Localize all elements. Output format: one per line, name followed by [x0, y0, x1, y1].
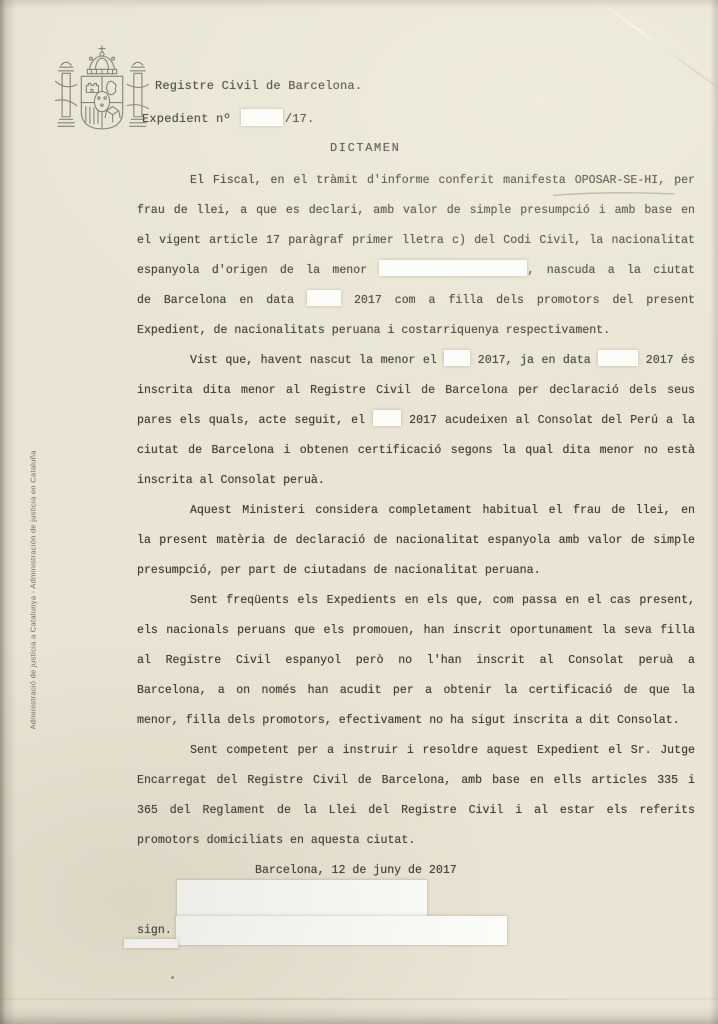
text-segment: Barcelona, a on només han acudit per a o… — [137, 684, 695, 697]
text-segment: ciutat de Barcelona i obtenen certificac… — [137, 444, 695, 457]
document-line: espanyola d'origen de la menor , nascuda… — [137, 256, 695, 286]
text-segment: Expedient, de nacionalitats peruana i co… — [137, 324, 610, 337]
text-segment: 2017 és — [638, 354, 695, 367]
margin-administration-note: Administració de justícia a Catalunya - … — [29, 450, 38, 729]
document-line: Barcelona, a on només han acudit per a o… — [137, 676, 695, 706]
ink-speck — [171, 976, 174, 979]
text-segment: 2017, ja en data — [470, 354, 598, 367]
text-segment: 2017 com a filla dels promotors del pres… — [341, 294, 695, 307]
document-line: Encarregat del Registre Civil de Barcelo… — [137, 766, 695, 796]
redacted-signature-block — [177, 880, 427, 918]
expedient-label: Expedient nº — [142, 112, 231, 126]
text-segment: els nacionals peruans que els promouen, … — [137, 624, 695, 637]
text-segment: inscrita al Consolat peruà. — [137, 474, 325, 487]
text-segment: , nascuda a la ciutat — [527, 264, 695, 277]
text-segment: de Barcelona en data — [137, 294, 307, 307]
text-segment: Sent competent per a instruir i resoldre… — [190, 744, 695, 757]
text-segment: inscrita dita menor al Registre Civil de… — [137, 384, 695, 397]
text-segment: 365 del Reglament de la Llei del Registr… — [137, 804, 695, 817]
paper-crease — [587, 0, 718, 123]
agency-title: Registre Civil de Barcelona. — [155, 79, 362, 93]
document-line: presumpció, per part de ciutadans de nac… — [137, 556, 695, 586]
document-line: El Fiscal, en el tràmit d'informe confer… — [137, 166, 695, 196]
document-line: al Registre Civil espanyol però no l'han… — [137, 646, 695, 676]
paragraphs: El Fiscal, en el tràmit d'informe confer… — [137, 166, 695, 856]
coat-of-arms-icon — [53, 45, 151, 140]
text-segment: menor, filla dels promotors, efectivamen… — [137, 714, 680, 727]
expedient-line: Expedient nº/17. — [142, 109, 314, 126]
text-segment: Aquest Ministeri considera completament … — [190, 504, 695, 517]
document-line: de Barcelona en data 2017 com a filla de… — [137, 286, 695, 316]
document-line: els nacionals peruans que els promouen, … — [137, 616, 695, 646]
document-line: ciutat de Barcelona i obtenen certificac… — [137, 436, 695, 466]
scanned-document-page: Registre Civil de Barcelona. Expedient n… — [0, 0, 718, 1024]
text-segment: presumpció, per part de ciutadans de nac… — [137, 564, 541, 577]
text-segment: 2017 acudeixen al Consolat del Perú a la — [401, 414, 695, 427]
document-line: el vigent article 17 paràgraf primer lle… — [137, 226, 695, 256]
redacted-text — [373, 410, 401, 426]
document-body: El Fiscal, en el tràmit d'informe confer… — [137, 166, 695, 946]
text-segment: el vigent article 17 paràgraf primer lle… — [137, 234, 695, 247]
text-segment: la present matèria de declaració de naci… — [137, 534, 695, 547]
document-line: Expedient, de nacionalitats peruana i co… — [137, 316, 695, 346]
redacted-text — [379, 260, 527, 276]
document-line: frau de llei, a que es declari, amb valo… — [137, 196, 695, 226]
redacted-expedient-number — [241, 109, 283, 126]
text-segment: promotors domiciliats en aquesta ciutat. — [137, 834, 415, 847]
redacted-text — [307, 290, 341, 306]
text-segment: frau de llei, a que es declari, amb valo… — [137, 204, 695, 217]
document-line: inscrita al Consolat peruà. — [137, 466, 695, 496]
document-line: inscrita dita menor al Registre Civil de… — [137, 376, 695, 406]
document-line: Sent freqüents els Expedients en els que… — [137, 586, 695, 616]
text-segment: Vist que, havent nascut la menor el — [190, 354, 444, 367]
text-segment: al Registre Civil espanyol però no l'han… — [137, 654, 695, 667]
redacted-text — [598, 350, 638, 366]
document-line: Vist que, havent nascut la menor el 2017… — [137, 346, 695, 376]
redacted-text — [444, 350, 470, 366]
redacted-signature-fragment — [124, 939, 178, 948]
document-line: pares els quals, acte seguit, el 2017 ac… — [137, 406, 695, 436]
document-title: DICTAMEN — [330, 141, 400, 155]
text-segment: pares els quals, acte seguit, el — [137, 414, 373, 427]
text-segment: El Fiscal, en el tràmit d'informe confer… — [190, 174, 695, 187]
signature-label: sign. — [137, 924, 172, 937]
document-line: Aquest Ministeri considera completament … — [137, 496, 695, 526]
document-line: 365 del Reglament de la Llei del Registr… — [137, 796, 695, 826]
redacted-signature-name — [176, 916, 507, 945]
document-line: promotors domiciliats en aquesta ciutat. — [137, 826, 695, 856]
document-line: menor, filla dels promotors, efectivamen… — [137, 706, 695, 736]
text-segment: Encarregat del Registre Civil de Barcelo… — [137, 774, 695, 787]
document-line: la present matèria de declaració de naci… — [137, 526, 695, 556]
expedient-suffix: /17. — [285, 112, 315, 126]
paper-crease-bottom — [0, 998, 718, 1000]
text-segment: Sent freqüents els Expedients en els que… — [190, 594, 695, 607]
document-line: Sent competent per a instruir i resoldre… — [137, 736, 695, 766]
text-segment: espanyola d'origen de la menor — [137, 264, 379, 277]
